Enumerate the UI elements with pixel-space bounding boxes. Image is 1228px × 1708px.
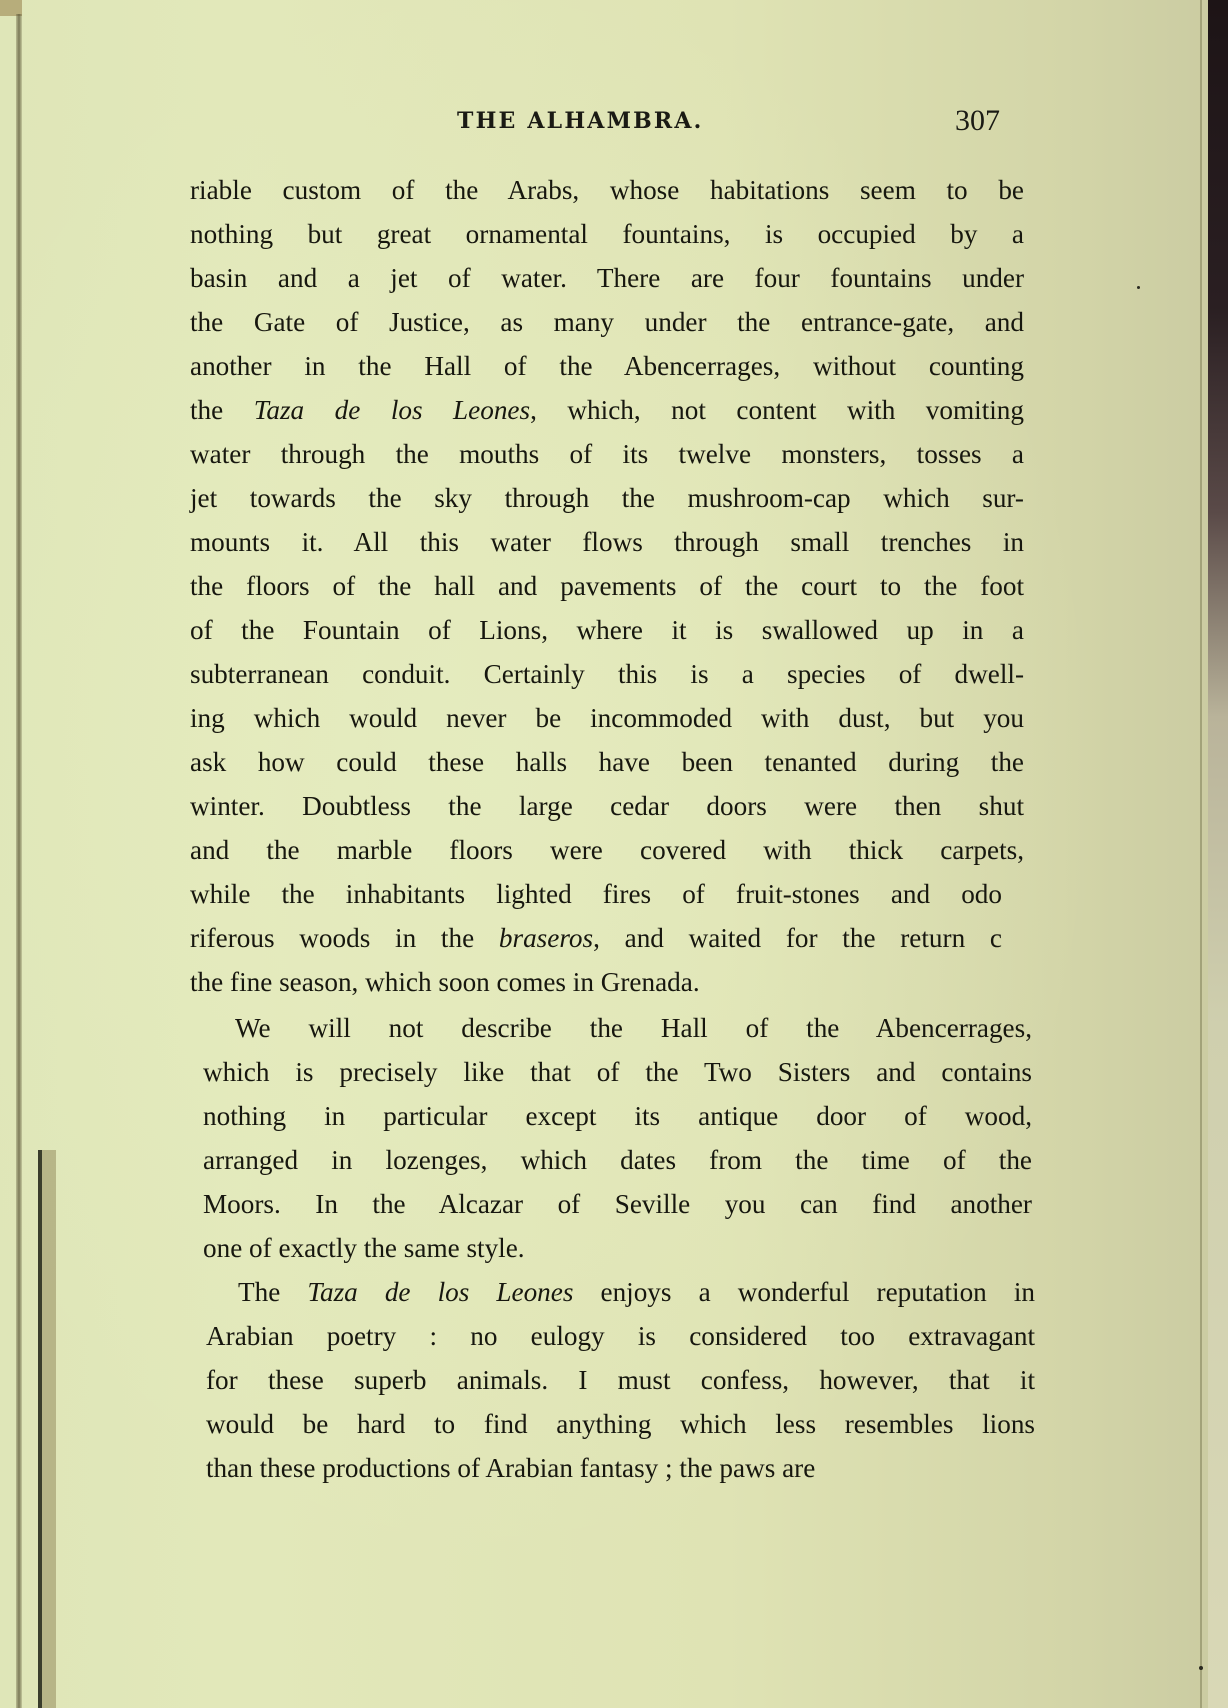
- text-run: and the marble floors were covered with …: [190, 835, 1024, 865]
- italic-phrase: Taza de los Leones: [307, 1277, 573, 1307]
- italic-phrase: braseros: [499, 923, 593, 953]
- text-run: enjoys a wonderful reputation in: [573, 1277, 1035, 1307]
- text-run: riable custom of the Arabs, whose habita…: [190, 175, 1024, 205]
- text-run: , which, not content with vomiting: [530, 395, 1024, 425]
- text-line: would be hard to find anything which les…: [206, 1402, 1035, 1446]
- text-run: ask how could these halls have been tena…: [190, 747, 1024, 777]
- text-run: while the inhabitants lighted fires of f…: [190, 879, 1002, 909]
- scanner-background-edge: [1208, 0, 1228, 1708]
- text-line: the fine season, which soon comes in Gre…: [190, 960, 1024, 1004]
- text-run: riferous woods in the: [190, 923, 499, 953]
- text-line: water through the mouths of its twelve m…: [190, 432, 1024, 476]
- text-line: nothing but great ornamental fountains, …: [190, 212, 1024, 256]
- text-line: jet towards the sky through the mushroom…: [190, 476, 1024, 520]
- text-run: the Gate of Justice, as many under the e…: [190, 307, 1024, 337]
- text-line: for these superb animals. I must confess…: [206, 1358, 1035, 1402]
- text-run: , and waited for the return c: [593, 923, 1002, 953]
- page-right-edge: [1200, 0, 1202, 1708]
- text-run: Arabian poetry : no eulogy is considered…: [206, 1321, 1035, 1351]
- text-run: jet towards the sky through the mushroom…: [190, 483, 1024, 513]
- text-run: the fine season, which soon comes in Gre…: [190, 967, 700, 997]
- text-line: while the inhabitants lighted fires of f…: [190, 872, 1002, 916]
- text-run: the floors of the hall and pavements of …: [190, 571, 1024, 601]
- text-run: than these productions of Arabian fantas…: [206, 1453, 815, 1483]
- text-line: one of exactly the same style.: [203, 1226, 1032, 1270]
- text-line: riable custom of the Arabs, whose habita…: [190, 168, 1024, 212]
- text-line: winter. Doubtless the large cedar doors …: [190, 784, 1024, 828]
- spine-gutter-line: [16, 14, 22, 1708]
- running-header-title: THE ALHAMBRA.: [457, 108, 704, 134]
- text-line: The Taza de los Leones enjoys a wonderfu…: [206, 1270, 1035, 1314]
- text-line: basin and a jet of water. There are four…: [190, 256, 1024, 300]
- text-line: the Gate of Justice, as many under the e…: [190, 300, 1024, 344]
- text-run: The: [238, 1277, 307, 1307]
- text-line: of the Fountain of Lions, where it is sw…: [190, 608, 1024, 652]
- paragraph-3: The Taza de los Leones enjoys a wonderfu…: [206, 1270, 1035, 1490]
- text-line: Arabian poetry : no eulogy is considered…: [206, 1314, 1035, 1358]
- text-run: which is precisely like that of the Two …: [203, 1057, 1032, 1087]
- text-run: nothing in particular except its antique…: [203, 1101, 1032, 1131]
- book-page: THE ALHAMBRA. 307 riable custom of the A…: [0, 0, 1210, 1708]
- text-line: which is precisely like that of the Two …: [203, 1050, 1032, 1094]
- text-run: basin and a jet of water. There are four…: [190, 263, 1024, 293]
- text-run: of the Fountain of Lions, where it is sw…: [190, 615, 1024, 645]
- text-run: water through the mouths of its twelve m…: [190, 439, 1024, 469]
- text-run: winter. Doubtless the large cedar doors …: [190, 791, 1024, 821]
- text-line: another in the Hall of the Abencerrages,…: [190, 344, 1024, 388]
- text-run: We will not describe the Hall of the Abe…: [235, 1013, 1032, 1043]
- paragraph-1: riable custom of the Arabs, whose habita…: [190, 168, 1024, 1004]
- text-line: riferous woods in the braseros, and wait…: [190, 916, 1002, 960]
- text-run: one of exactly the same style.: [203, 1233, 525, 1263]
- text-run: arranged in lozenges, which dates from t…: [203, 1145, 1032, 1175]
- text-line: than these productions of Arabian fantas…: [206, 1446, 1035, 1490]
- italic-phrase: Taza de los Leones: [254, 395, 530, 425]
- text-run: for these superb animals. I must confess…: [206, 1365, 1035, 1395]
- text-run: would be hard to find anything which les…: [206, 1409, 1035, 1439]
- text-run: nothing but great ornamental fountains, …: [190, 219, 1024, 249]
- text-line: ing which would never be incommoded with…: [190, 696, 1024, 740]
- text-line: the Taza de los Leones, which, not conte…: [190, 388, 1024, 432]
- paper-speck: [1137, 286, 1140, 289]
- text-line: subterranean conduit. Certainly this is …: [190, 652, 1024, 696]
- text-run: mounts it. All this water flows through …: [190, 527, 1024, 557]
- paragraph-2: We will not describe the Hall of the Abe…: [203, 1006, 1032, 1270]
- text-line: Moors. In the Alcazar of Seville you can…: [203, 1182, 1032, 1226]
- spine-shadow: [42, 1150, 56, 1708]
- page-number: 307: [955, 104, 1000, 138]
- text-run: ing which would never be incommoded with…: [190, 703, 1024, 733]
- text-run: Moors. In the Alcazar of Seville you can…: [203, 1189, 1032, 1219]
- text-run: another in the Hall of the Abencerrages,…: [190, 351, 1024, 381]
- text-line: the floors of the hall and pavements of …: [190, 564, 1024, 608]
- text-line: ask how could these halls have been tena…: [190, 740, 1024, 784]
- text-line: arranged in lozenges, which dates from t…: [203, 1138, 1032, 1182]
- text-line: We will not describe the Hall of the Abe…: [203, 1006, 1032, 1050]
- text-run: the: [190, 395, 254, 425]
- text-run: subterranean conduit. Certainly this is …: [190, 659, 1024, 689]
- text-line: mounts it. All this water flows through …: [190, 520, 1024, 564]
- text-line: and the marble floors were covered with …: [190, 828, 1024, 872]
- text-line: nothing in particular except its antique…: [203, 1094, 1032, 1138]
- paper-speck: [1199, 1666, 1203, 1670]
